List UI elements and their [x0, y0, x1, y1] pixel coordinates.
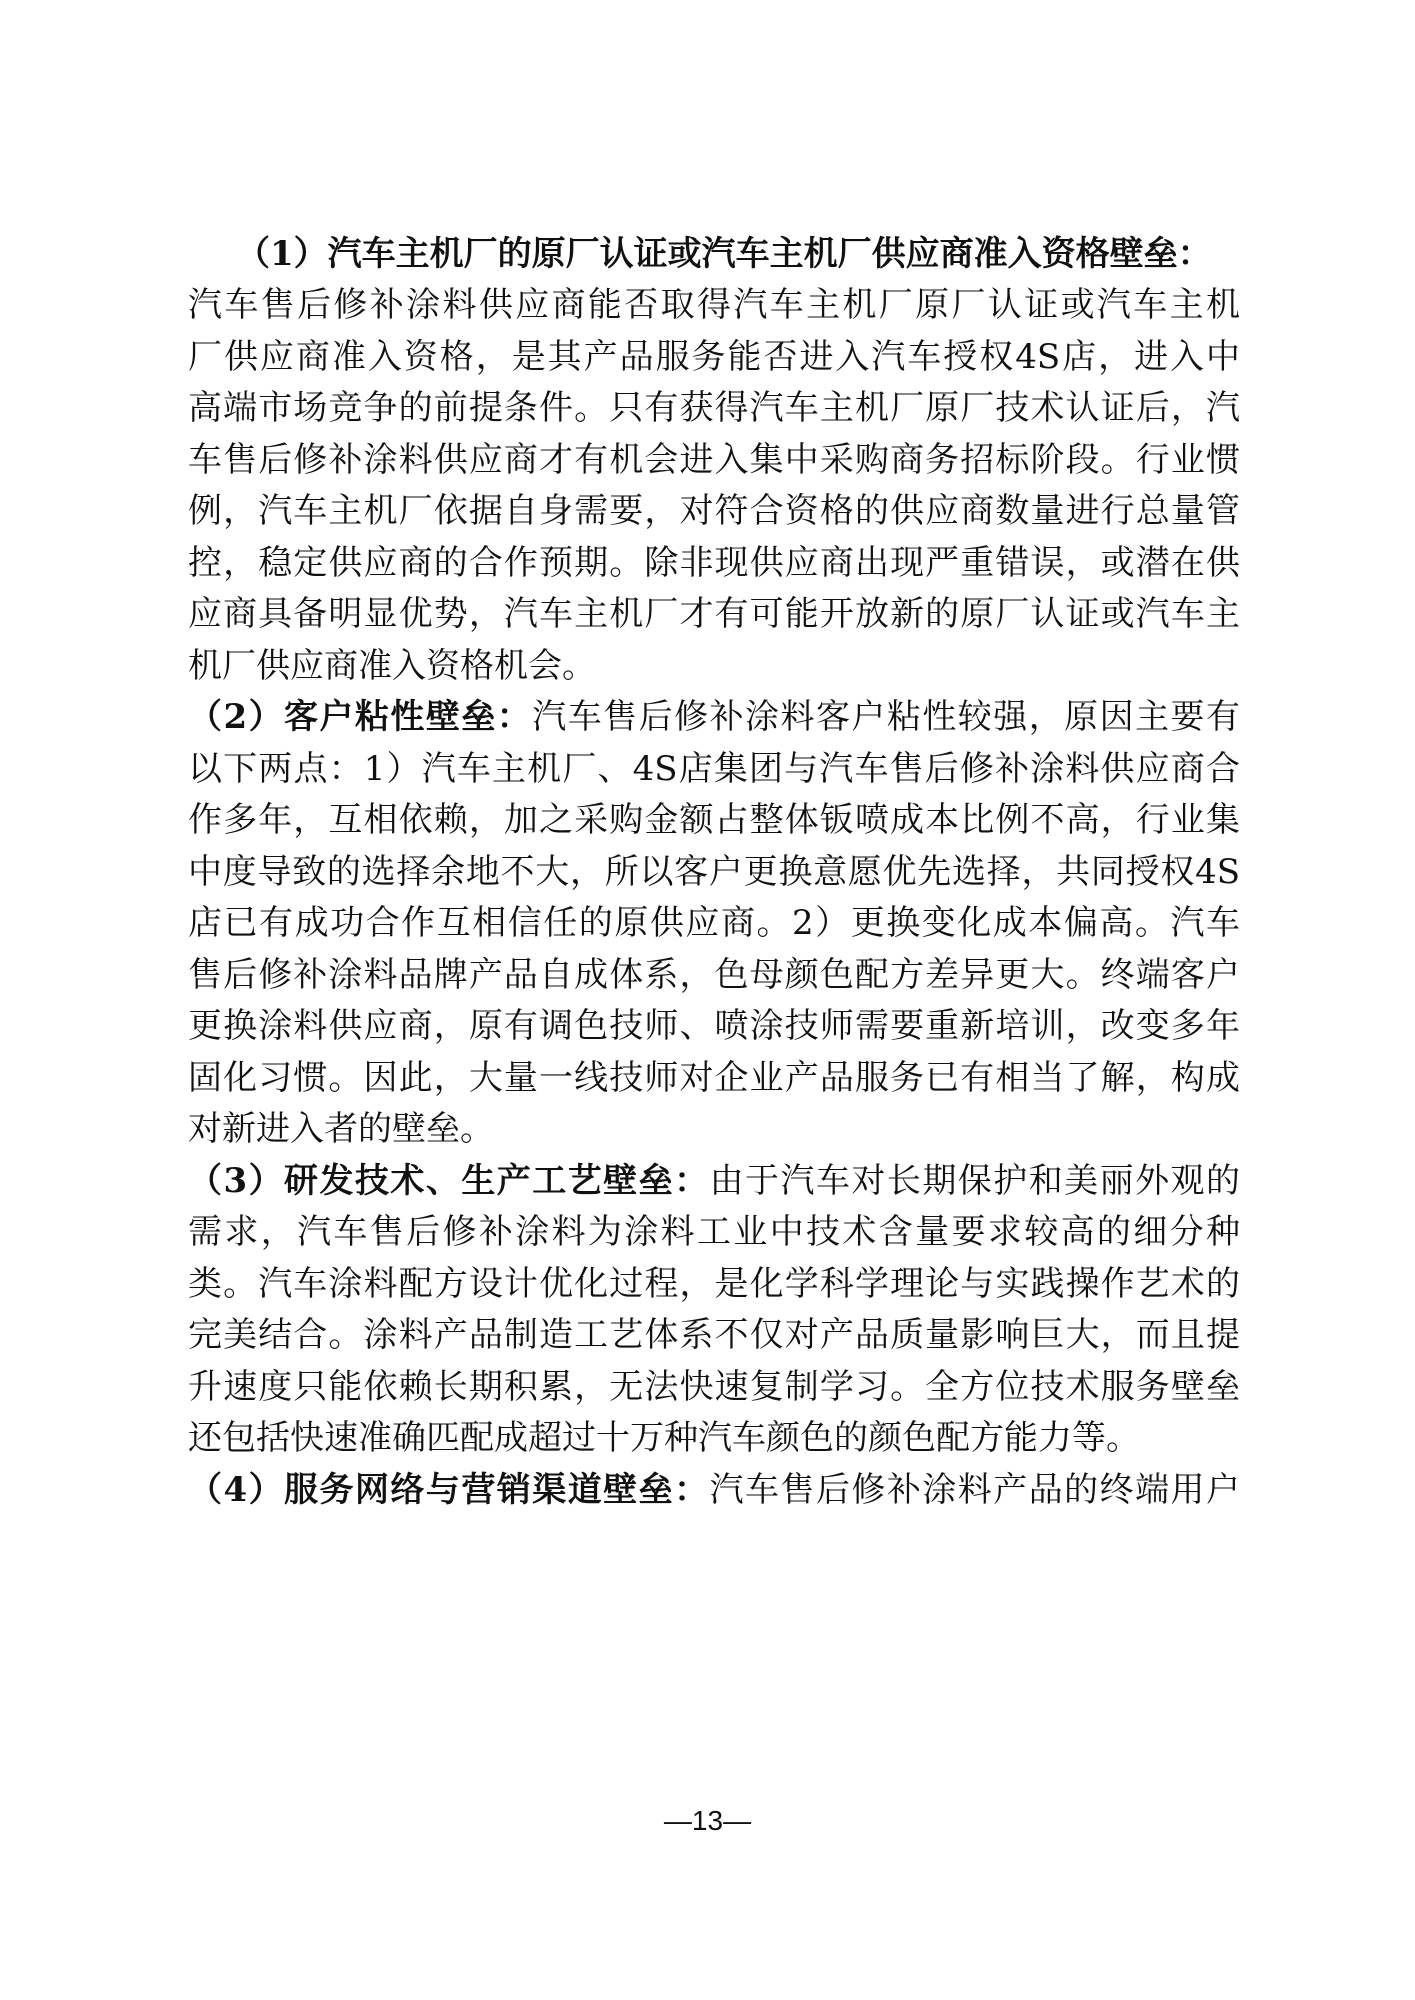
paragraph-text: 由于汽车对长期保护和美丽外观的: [710, 1161, 1240, 1201]
paragraph-text: 车售后修补涂料供应商才有机会进入集中采购商务招标阶段。行业惯: [188, 440, 1240, 480]
paragraph-text: 控，稳定供应商的合作预期。除非现供应商出现严重错误，或潜在供: [188, 543, 1240, 583]
paragraph-text: 高端市场竞争的前提条件。只有获得汽车主机厂原厂技术认证后，汽: [188, 388, 1240, 428]
heading-4-line: （4）服务网络与营销渠道壁垒：汽车售后修补涂料产品的终端用户: [188, 1465, 1240, 1515]
paragraph-line: 高端市场竞争的前提条件。只有获得汽车主机厂原厂技术认证后，汽: [188, 383, 1240, 433]
section-heading-1: （1）汽车主机厂的原厂认证或汽车主机厂供应商准入资格壁垒：: [236, 234, 1212, 274]
paragraph-line: 售后修补涂料品牌产品自成体系，色母颜色配方差异更大。终端客户: [188, 950, 1240, 1000]
paragraph-text: 应商具备明显优势，汽车主机厂才有可能开放新的原厂认证或汽车主: [188, 594, 1240, 634]
page-number: —13—: [0, 1803, 1415, 1839]
paragraph-line: 升速度只能依赖长期积累，无法快速复制学习。全方位技术服务壁垒: [188, 1362, 1240, 1412]
section-heading-4: （4）服务网络与营销渠道壁垒：: [188, 1470, 710, 1510]
paragraph-line: 类。汽车涂料配方设计优化过程，是化学科学理论与实践操作艺术的: [188, 1259, 1240, 1309]
paragraph-text: 厂供应商准入资格，是其产品服务能否进入汽车授权4S店，进入中: [188, 337, 1240, 377]
paragraph-text: 作多年，互相依赖，加之采购金额占整体钣喷成本比例不高，行业集: [188, 800, 1240, 840]
paragraph-text: 对新进入者的壁垒。: [188, 1109, 494, 1149]
heading-3-line: （3）研发技术、生产工艺壁垒：由于汽车对长期保护和美丽外观的: [188, 1156, 1240, 1206]
paragraph-line: 对新进入者的壁垒。: [188, 1104, 1240, 1154]
document-page: （1）汽车主机厂的原厂认证或汽车主机厂供应商准入资格壁垒： 汽车售后修补涂料供应…: [0, 0, 1415, 2000]
paragraph-line: 车售后修补涂料供应商才有机会进入集中采购商务招标阶段。行业惯: [188, 435, 1240, 485]
paragraph-text: 以下两点：1）汽车主机厂、4S店集团与汽车售后修补涂料供应商合: [188, 749, 1240, 789]
paragraph-line: 固化习惯。因此，大量一线技师对企业产品服务已有相当了解，构成: [188, 1053, 1240, 1103]
paragraph-line: 完美结合。涂料产品制造工艺体系不仅对产品质量影响巨大，而且提: [188, 1310, 1240, 1360]
paragraph-text: 中度导致的选择余地不大，所以客户更换意愿优先选择，共同授权4S: [188, 852, 1240, 892]
paragraph-line: 厂供应商准入资格，是其产品服务能否进入汽车授权4S店，进入中: [188, 332, 1240, 382]
paragraph-text: 更换涂料供应商，原有调色技师、喷涂技师需要重新培训，改变多年: [188, 1006, 1240, 1046]
paragraph-text: 还包括快速准确匹配成超过十万种汽车颜色的颜色配方能力等。: [188, 1418, 1140, 1458]
paragraph-text: 固化习惯。因此，大量一线技师对企业产品服务已有相当了解，构成: [188, 1058, 1240, 1098]
paragraph-text: 汽车售后修补涂料客户粘性较强，原因主要有: [532, 697, 1240, 737]
paragraph-line: 中度导致的选择余地不大，所以客户更换意愿优先选择，共同授权4S: [188, 847, 1240, 897]
paragraph-line: 还包括快速准确匹配成超过十万种汽车颜色的颜色配方能力等。: [188, 1413, 1240, 1463]
paragraph-line: 机厂供应商准入资格机会。: [188, 641, 1240, 691]
paragraph-text: 需求，汽车售后修补涂料为涂料工业中技术含量要求较高的细分种: [188, 1212, 1240, 1252]
paragraph-line: 控，稳定供应商的合作预期。除非现供应商出现严重错误，或潜在供: [188, 538, 1240, 588]
paragraph-line: 例，汽车主机厂依据自身需要，对符合资格的供应商数量进行总量管: [188, 486, 1240, 536]
paragraph-text: 店已有成功合作互相信任的原供应商。2）更换变化成本偏高。汽车: [188, 903, 1240, 943]
paragraph-text: 汽车售后修补涂料产品的终端用户: [710, 1470, 1240, 1510]
paragraph-text: 机厂供应商准入资格机会。: [188, 646, 596, 686]
section-heading-3: （3）研发技术、生产工艺壁垒：: [188, 1161, 710, 1201]
heading-1-line: （1）汽车主机厂的原厂认证或汽车主机厂供应商准入资格壁垒：: [236, 229, 1240, 279]
paragraph-line: 汽车售后修补涂料供应商能否取得汽车主机厂原厂认证或汽车主机: [188, 280, 1240, 330]
paragraph-text: 完美结合。涂料产品制造工艺体系不仅对产品质量影响巨大，而且提: [188, 1315, 1240, 1355]
paragraph-line: 店已有成功合作互相信任的原供应商。2）更换变化成本偏高。汽车: [188, 898, 1240, 948]
paragraph-line: 需求，汽车售后修补涂料为涂料工业中技术含量要求较高的细分种: [188, 1207, 1240, 1257]
paragraph-text: 例，汽车主机厂依据自身需要，对符合资格的供应商数量进行总量管: [188, 491, 1240, 531]
paragraph-line: 作多年，互相依赖，加之采购金额占整体钣喷成本比例不高，行业集: [188, 795, 1240, 845]
paragraph-text: 汽车售后修补涂料供应商能否取得汽车主机厂原厂认证或汽车主机: [188, 285, 1240, 325]
paragraph-text: 类。汽车涂料配方设计优化过程，是化学科学理论与实践操作艺术的: [188, 1264, 1240, 1304]
paragraph-line: 以下两点：1）汽车主机厂、4S店集团与汽车售后修补涂料供应商合: [188, 744, 1240, 794]
paragraph-text: 升速度只能依赖长期积累，无法快速复制学习。全方位技术服务壁垒: [188, 1367, 1240, 1407]
heading-2-line: （2）客户粘性壁垒：汽车售后修补涂料客户粘性较强，原因主要有: [188, 692, 1240, 742]
paragraph-line: 更换涂料供应商，原有调色技师、喷涂技师需要重新培训，改变多年: [188, 1001, 1240, 1051]
paragraph-line: 应商具备明显优势，汽车主机厂才有可能开放新的原厂认证或汽车主: [188, 589, 1240, 639]
paragraph-text: 售后修补涂料品牌产品自成体系，色母颜色配方差异更大。终端客户: [188, 955, 1240, 995]
section-heading-2: （2）客户粘性壁垒：: [188, 697, 532, 737]
